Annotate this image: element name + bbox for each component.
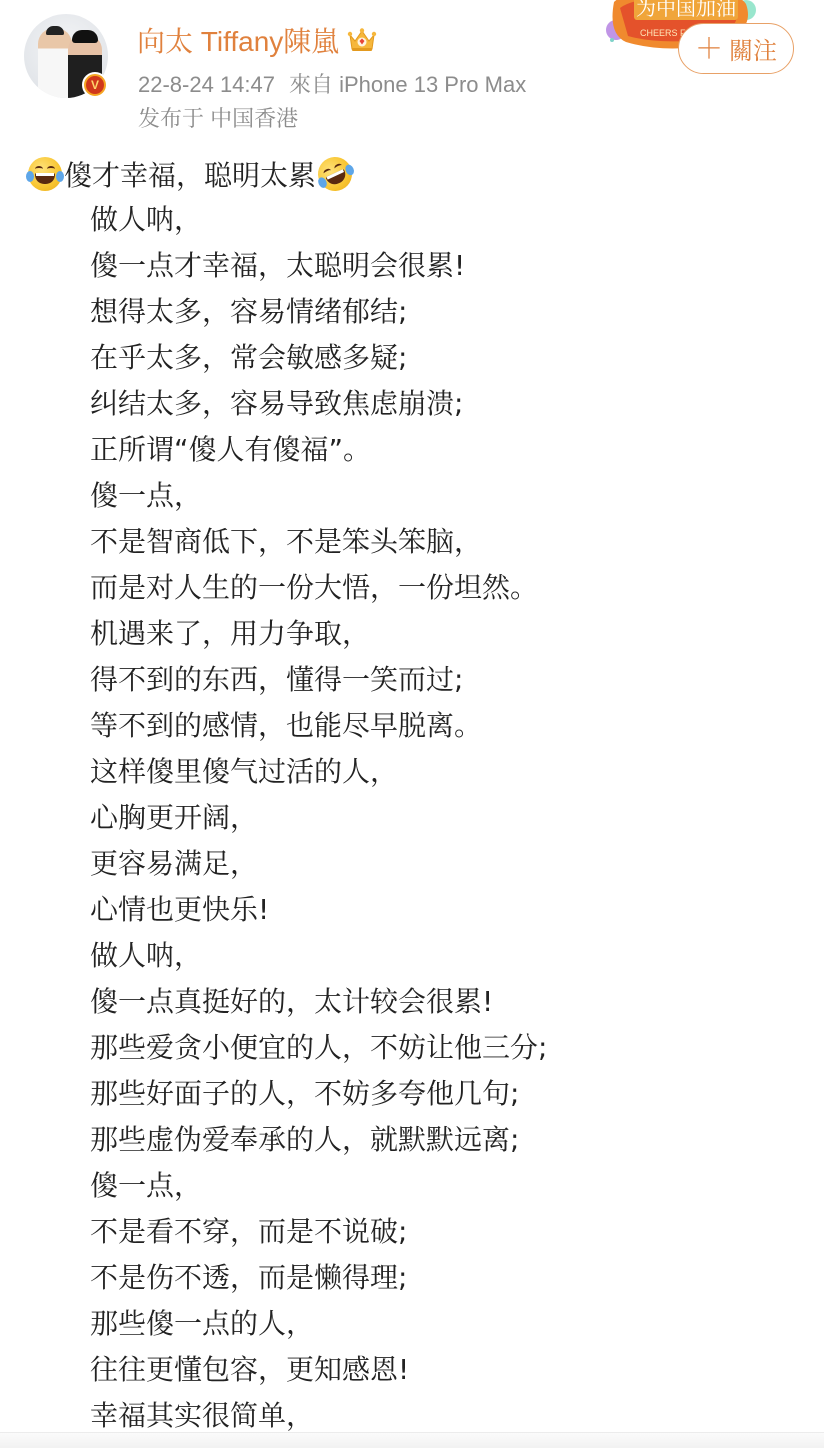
- post-line: 想得太多，容易情绪郁结;: [90, 289, 547, 335]
- post-line: 傻一点真挺好的，太计较会很累!: [90, 979, 547, 1025]
- username-row: 向太 Tiffany陳嵐: [137, 20, 377, 60]
- post-title: 傻才幸福，聪明太累: [28, 152, 352, 196]
- post-location: 发布于 中国香港: [138, 102, 298, 133]
- post-line: 得不到的东西，懂得一笑而过;: [90, 657, 547, 703]
- post-line: 这样傻里傻气过活的人，: [90, 749, 547, 795]
- weibo-post-page: V 向太 Tiffany陳嵐 22-8-24 14:47來自 iPhone 13…: [0, 0, 824, 1448]
- post-line: 心胸更开阔，: [90, 795, 547, 841]
- laughing-tears-emoji-icon: [28, 157, 62, 191]
- follow-label: 關注: [729, 31, 777, 66]
- post-source: 來自 iPhone 13 Pro Max: [289, 72, 526, 97]
- post-timestamp: 22-8-24 14:47: [138, 72, 275, 97]
- post-line: 更容易满足，: [90, 841, 547, 887]
- bottom-bar: [0, 1432, 824, 1448]
- plus-icon: ＋: [695, 35, 723, 63]
- post-line: 做人呐，: [90, 933, 547, 979]
- post-meta: 22-8-24 14:47來自 iPhone 13 Pro Max: [138, 68, 526, 99]
- post-line: 那些好面子的人，不妨多夸他几句;: [90, 1071, 547, 1117]
- post-line: 往往更懂包容，更知感恩!: [90, 1347, 547, 1393]
- post-line: 不是智商低下，不是笨头笨脑，: [90, 519, 547, 565]
- crown-icon[interactable]: [347, 27, 377, 53]
- post-line: 傻一点才幸福，太聪明会很累!: [90, 243, 547, 289]
- post-line: 那些傻一点的人，: [90, 1301, 547, 1347]
- post-line: 傻一点，: [90, 1163, 547, 1209]
- post-line: 心情也更快乐!: [90, 887, 547, 933]
- verified-badge-icon: V: [82, 72, 108, 98]
- post-line: 正所谓“傻人有傻福”。: [90, 427, 547, 473]
- post-line: 不是看不穿，而是不说破;: [90, 1209, 547, 1255]
- post-line: 而是对人生的一份大悟，一份坦然。: [90, 565, 547, 611]
- post-title-text: 傻才幸福，聪明太累: [64, 154, 316, 194]
- post-line: 那些爱贪小便宜的人，不妨让他三分;: [90, 1025, 547, 1071]
- post-line: 做人呐，: [90, 197, 547, 243]
- post-line: 等不到的感情，也能尽早脱离。: [90, 703, 547, 749]
- post-line: 在乎太多，常会敏感多疑;: [90, 335, 547, 381]
- post-line: 那些虚伪爱奉承的人，就默默远离;: [90, 1117, 547, 1163]
- follow-button[interactable]: ＋ 關注: [678, 23, 794, 74]
- post-line: 傻一点，: [90, 473, 547, 519]
- rolling-laughing-emoji-icon: [312, 151, 357, 196]
- username-link[interactable]: 向太 Tiffany陳嵐: [137, 20, 339, 60]
- post-body: 做人呐， 傻一点才幸福，太聪明会很累! 想得太多，容易情绪郁结; 在乎太多，常会…: [90, 197, 547, 1439]
- avatar-person-left: [38, 28, 72, 98]
- promo-text: 为中国加油: [636, 0, 736, 20]
- post-line: 不是伤不透，而是懒得理;: [90, 1255, 547, 1301]
- post-line: 机遇来了，用力争取，: [90, 611, 547, 657]
- post-line: 纠结太多，容易导致焦虑崩溃;: [90, 381, 547, 427]
